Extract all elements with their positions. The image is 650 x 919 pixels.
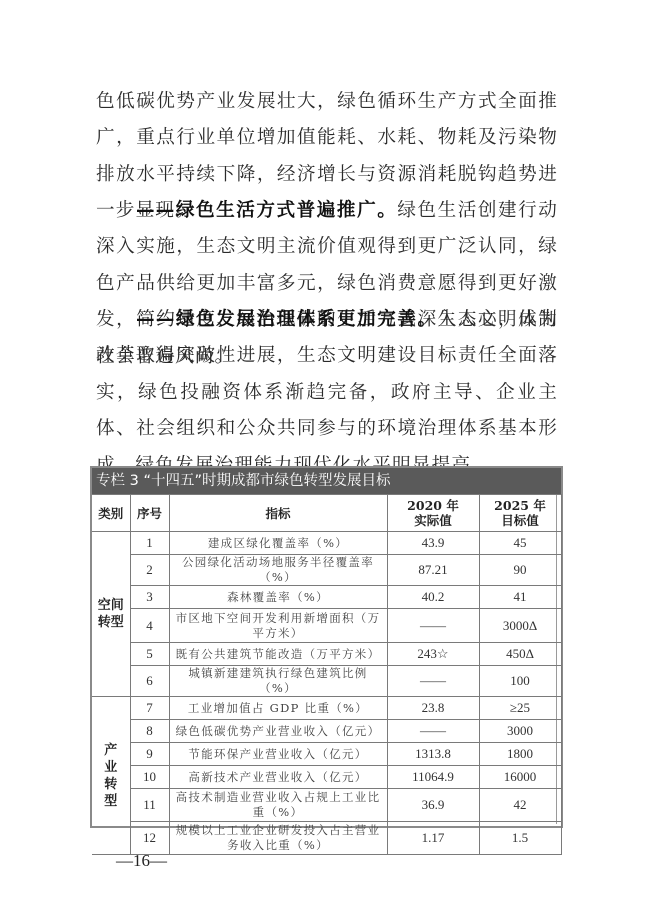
- paragraph-lead-heading: ——绿色发展治理体系更加完善。: [136, 309, 438, 330]
- row-value-2025: 41: [479, 586, 561, 609]
- category-industrial: 产 业 转 型: [92, 697, 130, 855]
- row-indicator: 城镇新建建筑执行绿色建筑比例（%）: [169, 666, 387, 697]
- category-spatial: 空间转型: [92, 532, 130, 697]
- paragraph-green-governance: ——绿色发展治理体系更加完善。生态文明体制改革取得突破性进展，生态文明建设目标责…: [96, 302, 558, 484]
- row-index: 11: [130, 789, 169, 822]
- row-indicator: 森林覆盖率（%）: [169, 586, 387, 609]
- row-indicator: 工业增加值占 GDP 比重（%）: [169, 697, 387, 720]
- category-industrial-char: 产: [104, 743, 117, 758]
- row-value-2025: 16000: [479, 766, 561, 789]
- header-2020-label: 实际值: [414, 513, 452, 528]
- row-index: 3: [130, 586, 169, 609]
- category-spatial-label: 空间转型: [98, 597, 124, 631]
- row-value-2025: 450Δ: [479, 643, 561, 666]
- column-box-title: 专栏 3 “十四五”时期成都市绿色转型发展目标: [92, 468, 561, 494]
- table-row: 11 高技术制造业营业收入占规上工业比重（%） 36.9 42: [92, 789, 561, 822]
- row-value-2025: 1800: [479, 743, 561, 766]
- row-indicator: 市区地下空间开发利用新增面积（万平方米）: [169, 609, 387, 643]
- paragraph-text: 生态文明体制改革取得突破性进展，生态文明建设目标责任全面落实，绿色投融资体系渐趋…: [96, 309, 558, 476]
- header-2025-target: 2025 年目标值: [479, 495, 561, 532]
- row-value-2020: 23.8: [387, 697, 479, 720]
- category-industrial-char: 业: [104, 760, 117, 775]
- row-value-2020: ——: [387, 720, 479, 743]
- row-value-2020: 36.9: [387, 789, 479, 822]
- table-row: 5 既有公共建筑节能改造（万平方米） 243☆ 450Δ: [92, 643, 561, 666]
- row-value-2025: 45: [479, 532, 561, 555]
- category-industrial-char: 型: [104, 794, 117, 809]
- row-index: 4: [130, 609, 169, 643]
- row-index: 2: [130, 555, 169, 586]
- row-value-2025: 100: [479, 666, 561, 697]
- row-indicator: 高技术制造业营业收入占规上工业比重（%）: [169, 789, 387, 822]
- table-row: 12 规模以上工业企业研发投入占主营业务收入比重（%） 1.17 1.5: [92, 822, 561, 855]
- row-index: 1: [130, 532, 169, 555]
- row-value-2020: 1.17: [387, 822, 479, 855]
- table-header-row: 类别 序号 指标 2020 年实际值 2025 年目标值: [92, 495, 561, 532]
- targets-table-wrapper: 类别 序号 指标 2020 年实际值 2025 年目标值 空间转型 1 建成区绿…: [92, 494, 557, 824]
- row-index: 8: [130, 720, 169, 743]
- table-row: 8 绿色低碳优势产业营业收入（亿元） —— 3000: [92, 720, 561, 743]
- paragraph-lead-heading: ——绿色生活方式普遍推广。: [136, 200, 397, 221]
- table-row: 3 森林覆盖率（%） 40.2 41: [92, 586, 561, 609]
- row-index: 9: [130, 743, 169, 766]
- row-indicator: 既有公共建筑节能改造（万平方米）: [169, 643, 387, 666]
- row-value-2020: 40.2: [387, 586, 479, 609]
- table-row: 2 公园绿化活动场地服务半径覆盖率（%） 87.21 90: [92, 555, 561, 586]
- header-2020-year: 2020 年: [407, 498, 459, 513]
- row-indicator: 高新技术产业营业收入（亿元）: [169, 766, 387, 789]
- row-indicator: 节能环保产业营业收入（亿元）: [169, 743, 387, 766]
- header-index: 序号: [130, 495, 169, 532]
- row-value-2025: 3000: [479, 720, 561, 743]
- row-indicator: 公园绿化活动场地服务半径覆盖率（%）: [169, 555, 387, 586]
- row-value-2020: ——: [387, 666, 479, 697]
- table-row: 4 市区地下空间开发利用新增面积（万平方米） —— 3000Δ: [92, 609, 561, 643]
- table-row: 6 城镇新建建筑执行绿色建筑比例（%） —— 100: [92, 666, 561, 697]
- table-row: 空间转型 1 建成区绿化覆盖率（%） 43.9 45: [92, 532, 561, 555]
- table-row: 9 节能环保产业营业收入（亿元） 1313.8 1800: [92, 743, 561, 766]
- row-value-2020: ——: [387, 609, 479, 643]
- header-2020-actual: 2020 年实际值: [387, 495, 479, 532]
- targets-table: 类别 序号 指标 2020 年实际值 2025 年目标值 空间转型 1 建成区绿…: [92, 494, 562, 855]
- row-index: 6: [130, 666, 169, 697]
- category-industrial-char: 转: [104, 777, 117, 792]
- table-row: 10 高新技术产业营业收入（亿元） 11064.9 16000: [92, 766, 561, 789]
- page-number: —16—: [116, 851, 167, 871]
- header-indicator: 指标: [169, 495, 387, 532]
- header-2025-label: 目标值: [501, 513, 539, 528]
- header-2025-year: 2025 年: [494, 498, 546, 513]
- row-indicator: 绿色低碳优势产业营业收入（亿元）: [169, 720, 387, 743]
- row-value-2020: 11064.9: [387, 766, 479, 789]
- row-value-2025: 90: [479, 555, 561, 586]
- row-value-2025: 42: [479, 789, 561, 822]
- row-value-2025: 3000Δ: [479, 609, 561, 643]
- row-value-2020: 43.9: [387, 532, 479, 555]
- table-row: 产 业 转 型 7 工业增加值占 GDP 比重（%） 23.8 ≥25: [92, 697, 561, 720]
- row-index: 10: [130, 766, 169, 789]
- column-box-green-targets: 专栏 3 “十四五”时期成都市绿色转型发展目标 类别 序号 指标 2020 年实…: [90, 466, 563, 828]
- row-value-2020: 243☆: [387, 643, 479, 666]
- row-indicator: 建成区绿化覆盖率（%）: [169, 532, 387, 555]
- header-category: 类别: [92, 495, 130, 532]
- row-indicator: 规模以上工业企业研发投入占主营业务收入比重（%）: [169, 822, 387, 855]
- row-index: 7: [130, 697, 169, 720]
- row-index: 12: [130, 822, 169, 855]
- row-value-2025: ≥25: [479, 697, 561, 720]
- row-value-2020: 87.21: [387, 555, 479, 586]
- row-index: 5: [130, 643, 169, 666]
- row-value-2025: 1.5: [479, 822, 561, 855]
- row-value-2020: 1313.8: [387, 743, 479, 766]
